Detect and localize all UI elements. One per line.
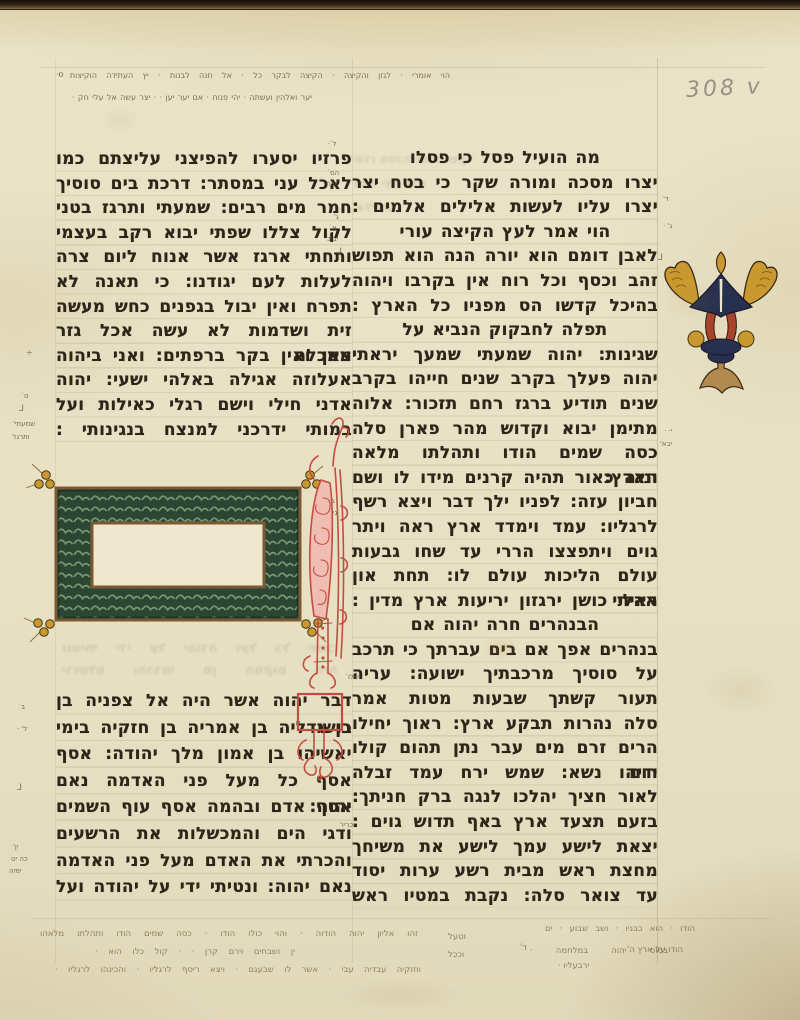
ornament-slit [720,279,723,312]
scripture-line: לרגליו: עמד וימדד ארץ ראה ויתר [352,515,658,540]
masorah-parva-note: L [17,784,22,794]
masorah-parva-note: ותרגז' [12,434,30,442]
ruling-line-horizontal-bottom [30,918,770,919]
scripture-line: לאור חציך יהלכו לנגה ברק חניתך: [352,785,658,810]
masorah-parva-note: ט̇ [24,393,29,401]
scripture-line: יהוה פעלך בקרב שנים חייהו בקרב [352,367,658,392]
scripture-line: שגינות: יהוה שמעתי שמעך יראתי [352,343,658,368]
masorah-parva-note: יבא' [660,441,672,449]
scripture-line: תפלה לחבקוק הנביא על [352,318,658,343]
masorah-parva-note: הס̇ [330,170,339,178]
scripture-line: תעור קשתך שבעות מטות אמר [352,687,658,712]
ruling-line-horizontal-top [40,67,764,68]
scripture-line: יצרו מסכה ומורה שקר כי בטח יצר [352,171,658,196]
scripture-line: הוי אמר לעץ הקיצה עורי [352,220,658,245]
scripture-line: מתימן יבוא וקדוש מהר פארן סלה [352,417,658,442]
manuscript-page: 308 v יצרו מסכה ומרה שקרבטח יצר עליואליל… [0,0,800,1020]
scripture-line: לקול צללו שפתי יבוא רקב בעצמי [56,221,352,246]
scripture-line: עד צואר סלה: נקבת במטיו ראש [352,884,658,909]
scripture-line: סלה נהרות תבקע ארץ: ראוך יחילו [352,712,658,737]
text-column-left-upper: פרזיו יסערו להפיצני עליצתם כמולאכל עני ב… [56,147,352,442]
scripture-line: תפרח ואין יבול בגפנים כחש מעשה [56,295,352,320]
masorah-parva-note: יביב [327,236,338,244]
top-parchment-glow [0,10,800,52]
ornament-wing-right [743,261,777,306]
masorah-magna-line: ין ושבחים וירם קרן · · קול כלו הוא · [95,948,295,957]
masorah-parva-note: ס· [56,71,64,80]
masorah-parva-note: א̇ [332,225,337,233]
scripture-line: אעלוזה אגילה באלהי ישעי: יהוה [56,368,352,393]
top-edge-shadow [0,0,800,10]
masorah-magna-line: הודו על ארץ ה' [627,946,683,955]
masorah-parva-note: L [337,248,342,258]
scripture-line: ודגי הים והמכשלות את הרשעים [56,821,352,848]
masorah-magna-line: זהו אליון יהוה הודוה · והוי כולו הודו · … [40,930,418,939]
masorah-parva-note: ג' [334,214,339,222]
scripture-line: לעלות לעם יגודנו: כי תאנה לא [56,270,352,295]
masorah-parva-note: ד' [663,196,669,204]
scripture-line: על סוסיך מרכבתיך ישועה: עריה [352,662,658,687]
masorah-magna-line: הוי אומרי · לגזן והקיצה · הקיצה לבקר כל … [58,72,450,81]
scripture-line: בזעם תצעד ארץ באף תדוש גוים : [352,810,658,835]
scripture-line: הבנהרים חרה יהוה אם [352,613,658,638]
masorah-magna-line: הודו · הוא כבניו · ושב שבוע · ים [545,925,695,934]
scripture-line: גוים ויתפצצו הררי עד שחו גבעות [352,540,658,565]
scripture-line: פרזיו יסערו להפיצני עליצתם כמו [56,147,352,172]
scripture-line: יצאת לישע עמך לישע את משיחך [352,835,658,860]
masorah-parva-note: ימיה [9,868,21,876]
scripture-line: לאכל עני במסתר: דרכת בים סוסיך [56,172,352,197]
scripture-line: עולם הליכות עולם לו: תחת און ראיתי [352,564,658,589]
text-column-right: מה הועיל פסל כי פסלויצרו מסכה ומורה שקר … [352,146,658,908]
folio-number: 308 v [685,74,763,103]
masorah-parva-note: ב̇ [21,704,25,712]
scripture-line: הרים זרם מים עבר נתן תהום קולו רום [352,736,658,761]
scripture-line: יצרו עליו לעשות אלילים אלמים : [352,195,658,220]
masorah-parva-note: L [19,405,24,415]
scripture-line: חביון עזה: לפניו ילך דבר ויצא רשף [352,490,658,515]
trefoil-corner-bottom-left [24,618,54,642]
masorah-parva-note: שמעתי' [13,421,35,429]
masorah-magna-line: וחזקיה עבדיה עבי · אשר לו שבעגם · ויצא ר… [55,966,421,975]
scripture-line: אסף אדם ובהמה אסף עוף השמים [56,794,352,821]
red-penwork-ornament [288,410,360,782]
scripture-line: נאם יהוה: ונטיתי ידי על יהודה ועל [56,874,352,901]
scripture-line: ותחתי ארגז אשר אנוח ליום צרה [56,245,352,270]
scripture-line: מה הועיל פסל כי פסלו [352,146,658,171]
scripture-line: כסה שמים הודו ותהלתו מלאה הארץ: [352,441,658,466]
scripture-line: לאבן דומם הוא יורה הנה הוא תפוש [352,244,658,269]
scripture-line: בהיכל קדשו הס מפניו כל הארץ : [352,294,658,319]
scripture-line: זית ושדמות לא עשה אכל גזר ממכלה [56,319,352,344]
masorah-parva-note: ÷ [26,349,33,358]
masorah-magna-line: ירבעליו · [558,962,589,971]
ornament-bud [717,252,726,274]
masorah-magna-line: יער ואלהין ועשתה · יהי פנוח · אם יער יען… [72,94,312,103]
masorah-magna-line: וככל [448,951,464,960]
masorah-parva-note: וכו' [327,181,336,189]
trefoil-corner-top-left [26,464,54,488]
scripture-line: אהלי כושן ירגזון יריעות ארץ מדין : [352,589,658,614]
masorah-parva-note: ל' · [17,726,27,734]
scripture-line: זהב וכסף וכל רוח אין בקרבו ויהוה [352,269,658,294]
masorah-parva-note: ג' · [663,223,672,231]
scripture-line: ונגה כאור תהיה קרנים מידו לו ושם [352,466,658,491]
masorah-magna-line: וטעל [448,933,466,942]
scripture-line: ידיהו נשא: שמש ירח עמד זבלה [352,761,658,786]
masorah-magna-line: ד' [520,944,527,953]
green-frame-ornament [22,458,326,644]
masorah-parva-note: י· · [664,428,672,436]
scripture-line: חמר מים רבים: שמעתי ותרגז בטני [56,196,352,221]
scripture-line: מחצת ראש מבית רשע ערות יסוד [352,859,658,884]
masorah-parva-note: וכריו' [340,822,355,830]
gold-floral-ornament [658,246,790,404]
scripture-line: והכרתי את האדם מעל פני האדמה [56,848,352,875]
scripture-line: בנהרים אפך אם בים עברתך כי תרכב [352,638,658,663]
masorah-parva-note: ל̇ · [328,141,336,149]
scripture-line: שנים תודיע ברגז רחם תזכור: אלוה [352,392,658,417]
ornament-wing-left [665,261,699,306]
masorah-parva-note: ין' [13,844,18,852]
masorah-parva-note: כה יט [11,856,28,864]
scripture-line: צאן ואין בקר ברפתים: ואני ביהוה [56,344,352,369]
